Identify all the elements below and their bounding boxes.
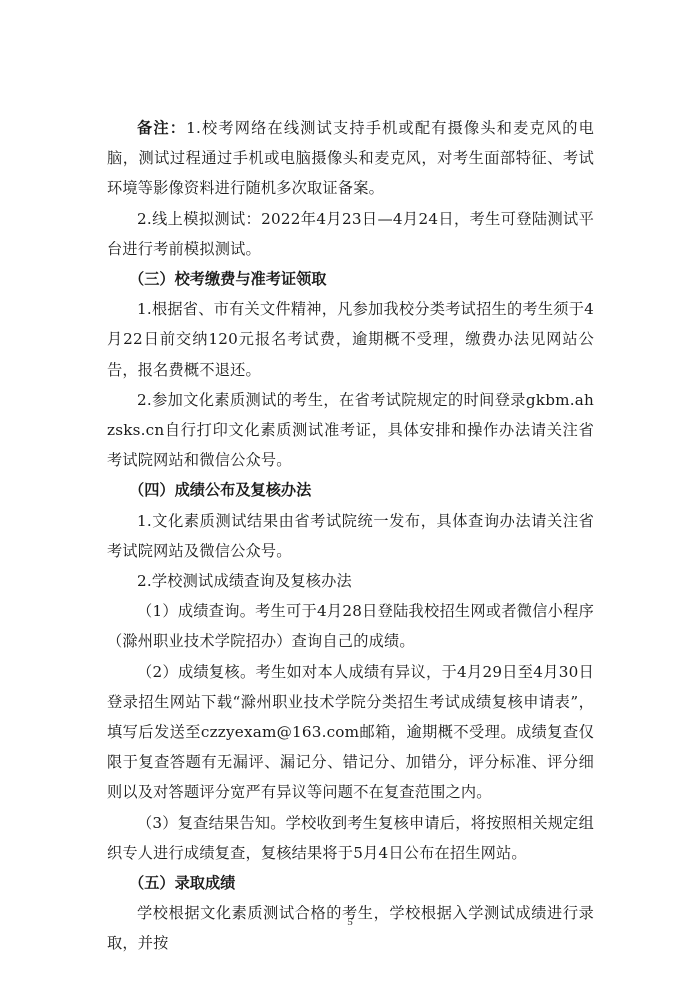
fee-paragraph: 1.根据省、市有关文件精神，凡参加我校分类考试招生的考生须于4月22日前交纳12… (107, 294, 594, 385)
note-label: 备注： (137, 119, 186, 137)
review-result-paragraph: （3）复查结果告知。学校收到考生复核申请后，将按照相关规定组织专人进行成绩复查，… (107, 808, 594, 868)
admission-ticket-paragraph: 2.参加文化素质测试的考生，在省考试院规定的时间登录gkbm.ahzsks.cn… (107, 385, 594, 476)
section-heading-fees-admission-ticket: （三）校考缴费与准考证领取 (107, 264, 594, 294)
document-page: 备注：1.校考网络在线测试支持手机或配有摄像头和麦克风的电脑，测试过程通过手机或… (107, 113, 594, 959)
page-number: 5 (0, 916, 700, 928)
admission-paragraph: 学校根据文化素质测试合格的考生，学校根据入学测试成绩进行录取，并按 (107, 898, 594, 958)
culture-test-results-paragraph: 1.文化素质测试结果由省考试院统一发布，具体查询办法请关注省考试院网站及微信公众… (107, 506, 594, 566)
school-test-query-heading: 2.学校测试成绩查询及复核办法 (107, 566, 594, 596)
section-heading-admission-scores: （五）录取成绩 (107, 868, 594, 898)
mock-test-paragraph: 2.线上模拟测试：2022年4月23日—4月24日，考生可登陆测试平台进行考前模… (107, 204, 594, 264)
score-query-paragraph: （1）成绩查询。考生可于4月28日登陆我校招生网或者微信小程序（滁州职业技术学院… (107, 596, 594, 656)
note-paragraph: 备注：1.校考网络在线测试支持手机或配有摄像头和麦克风的电脑，测试过程通过手机或… (107, 113, 594, 204)
section-heading-score-review: （四）成绩公布及复核办法 (107, 475, 594, 505)
score-review-paragraph: （2）成绩复核。考生如对本人成绩有异议，于4月29日至4月30日登录招生网站下载… (107, 657, 594, 808)
